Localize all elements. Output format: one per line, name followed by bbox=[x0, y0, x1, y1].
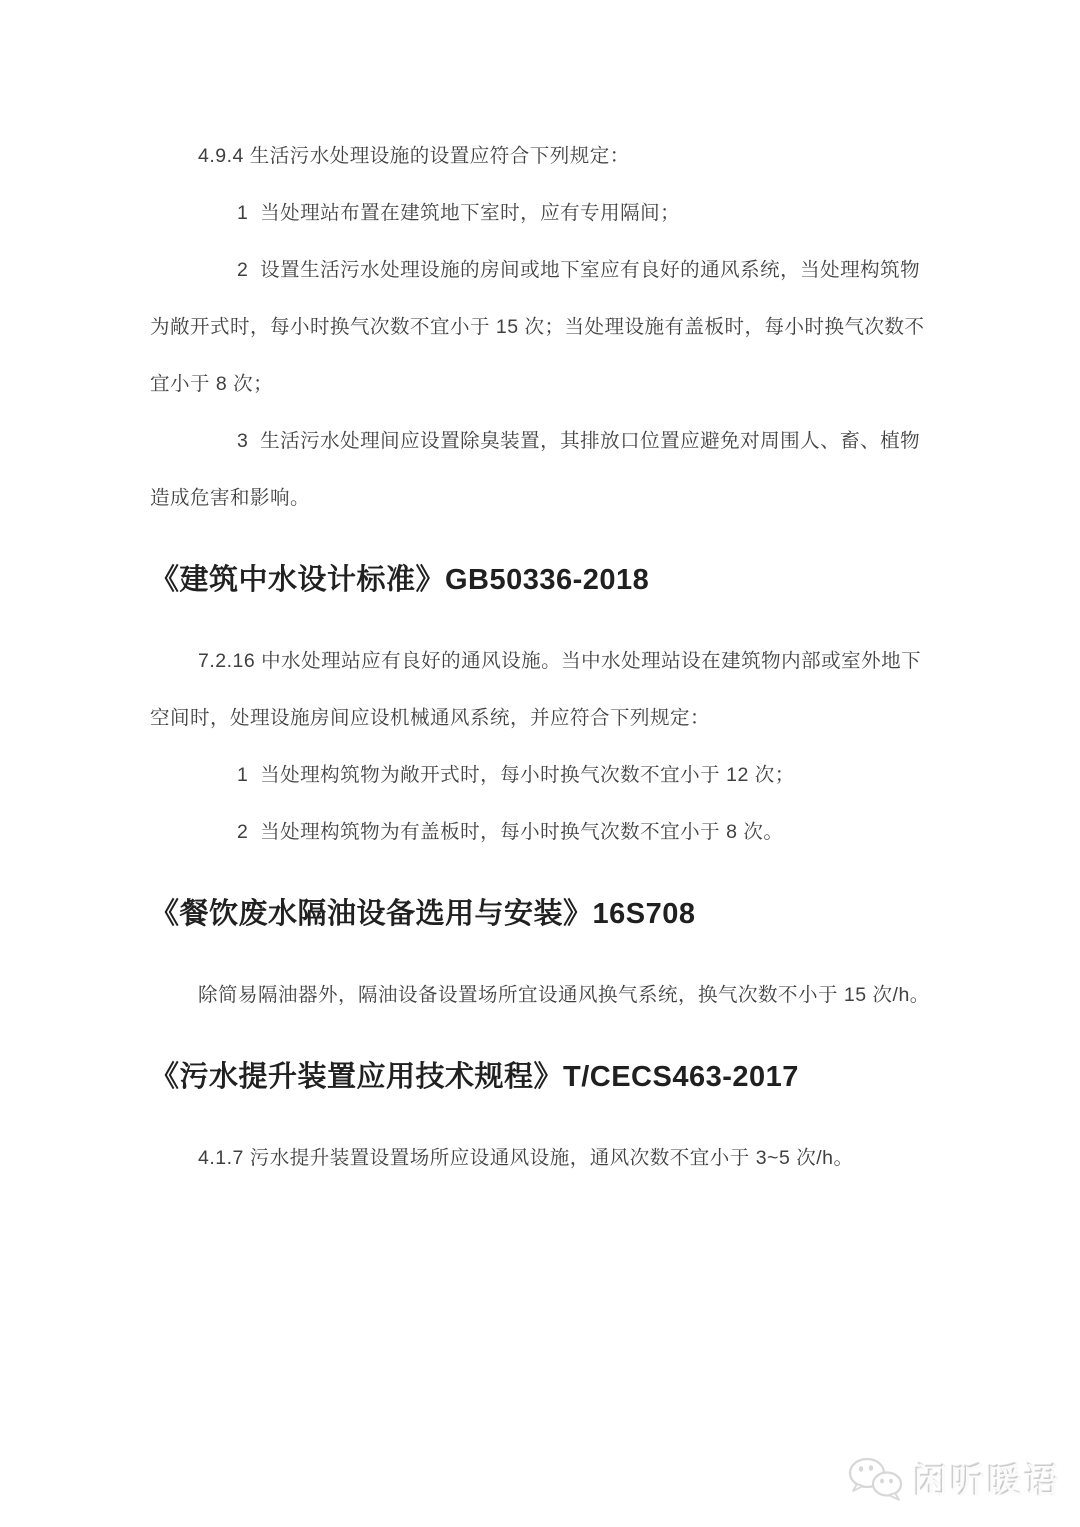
clause-4-9-4-item-2: 2 设置生活污水处理设施的房间或地下室应有良好的通风系统，当处理构筑物为敞开式时… bbox=[150, 242, 940, 413]
clause-grease-separator: 除简易隔油器外，隔油设备设置场所宜设通风换气系统，换气次数不小于 15 次/h。 bbox=[150, 967, 940, 1024]
watermark: 闲听暖语 bbox=[845, 1454, 1062, 1503]
watermark-label: 闲听暖语 bbox=[914, 1454, 1062, 1503]
clause-4-1-7: 4.1.7 污水提升装置设置场所应设通风设施，通风次数不宜小于 3~5 次/h。 bbox=[150, 1130, 940, 1187]
clause-7-2-16-item-2: 2 当处理构筑物为有盖板时，每小时换气次数不宜小于 8 次。 bbox=[150, 804, 940, 861]
document-body: 4.9.4 生活污水处理设施的设置应符合下列规定： 1 当处理站布置在建筑地下室… bbox=[0, 0, 1080, 1187]
clause-4-9-4-item-1: 1 当处理站布置在建筑地下室时，应有专用隔间； bbox=[150, 185, 940, 242]
clause-4-9-4: 4.9.4 生活污水处理设施的设置应符合下列规定： bbox=[150, 128, 940, 185]
clause-4-9-4-item-3: 3 生活污水处理间应设置除臭装置，其排放口位置应避免对周围人、畜、植物造成危害和… bbox=[150, 413, 940, 527]
clause-7-2-16-item-1: 1 当处理构筑物为敞开式时，每小时换气次数不宜小于 12 次； bbox=[150, 747, 940, 804]
clause-7-2-16: 7.2.16 中水处理站应有良好的通风设施。当中水处理站设在建筑物内部或室外地下… bbox=[150, 633, 940, 747]
wechat-chat-bubbles-icon bbox=[845, 1455, 907, 1503]
standard-heading-16s708: 《餐饮废水隔油设备选用与安装》16S708 bbox=[150, 883, 940, 945]
document-page: 4.9.4 生活污水处理设施的设置应符合下列规定： 1 当处理站布置在建筑地下室… bbox=[0, 0, 1080, 1527]
standard-heading-tcecs463-2017: 《污水提升装置应用技术规程》T/CECS463-2017 bbox=[150, 1046, 940, 1108]
standard-heading-gb50336-2018: 《建筑中水设计标准》GB50336-2018 bbox=[150, 549, 940, 611]
